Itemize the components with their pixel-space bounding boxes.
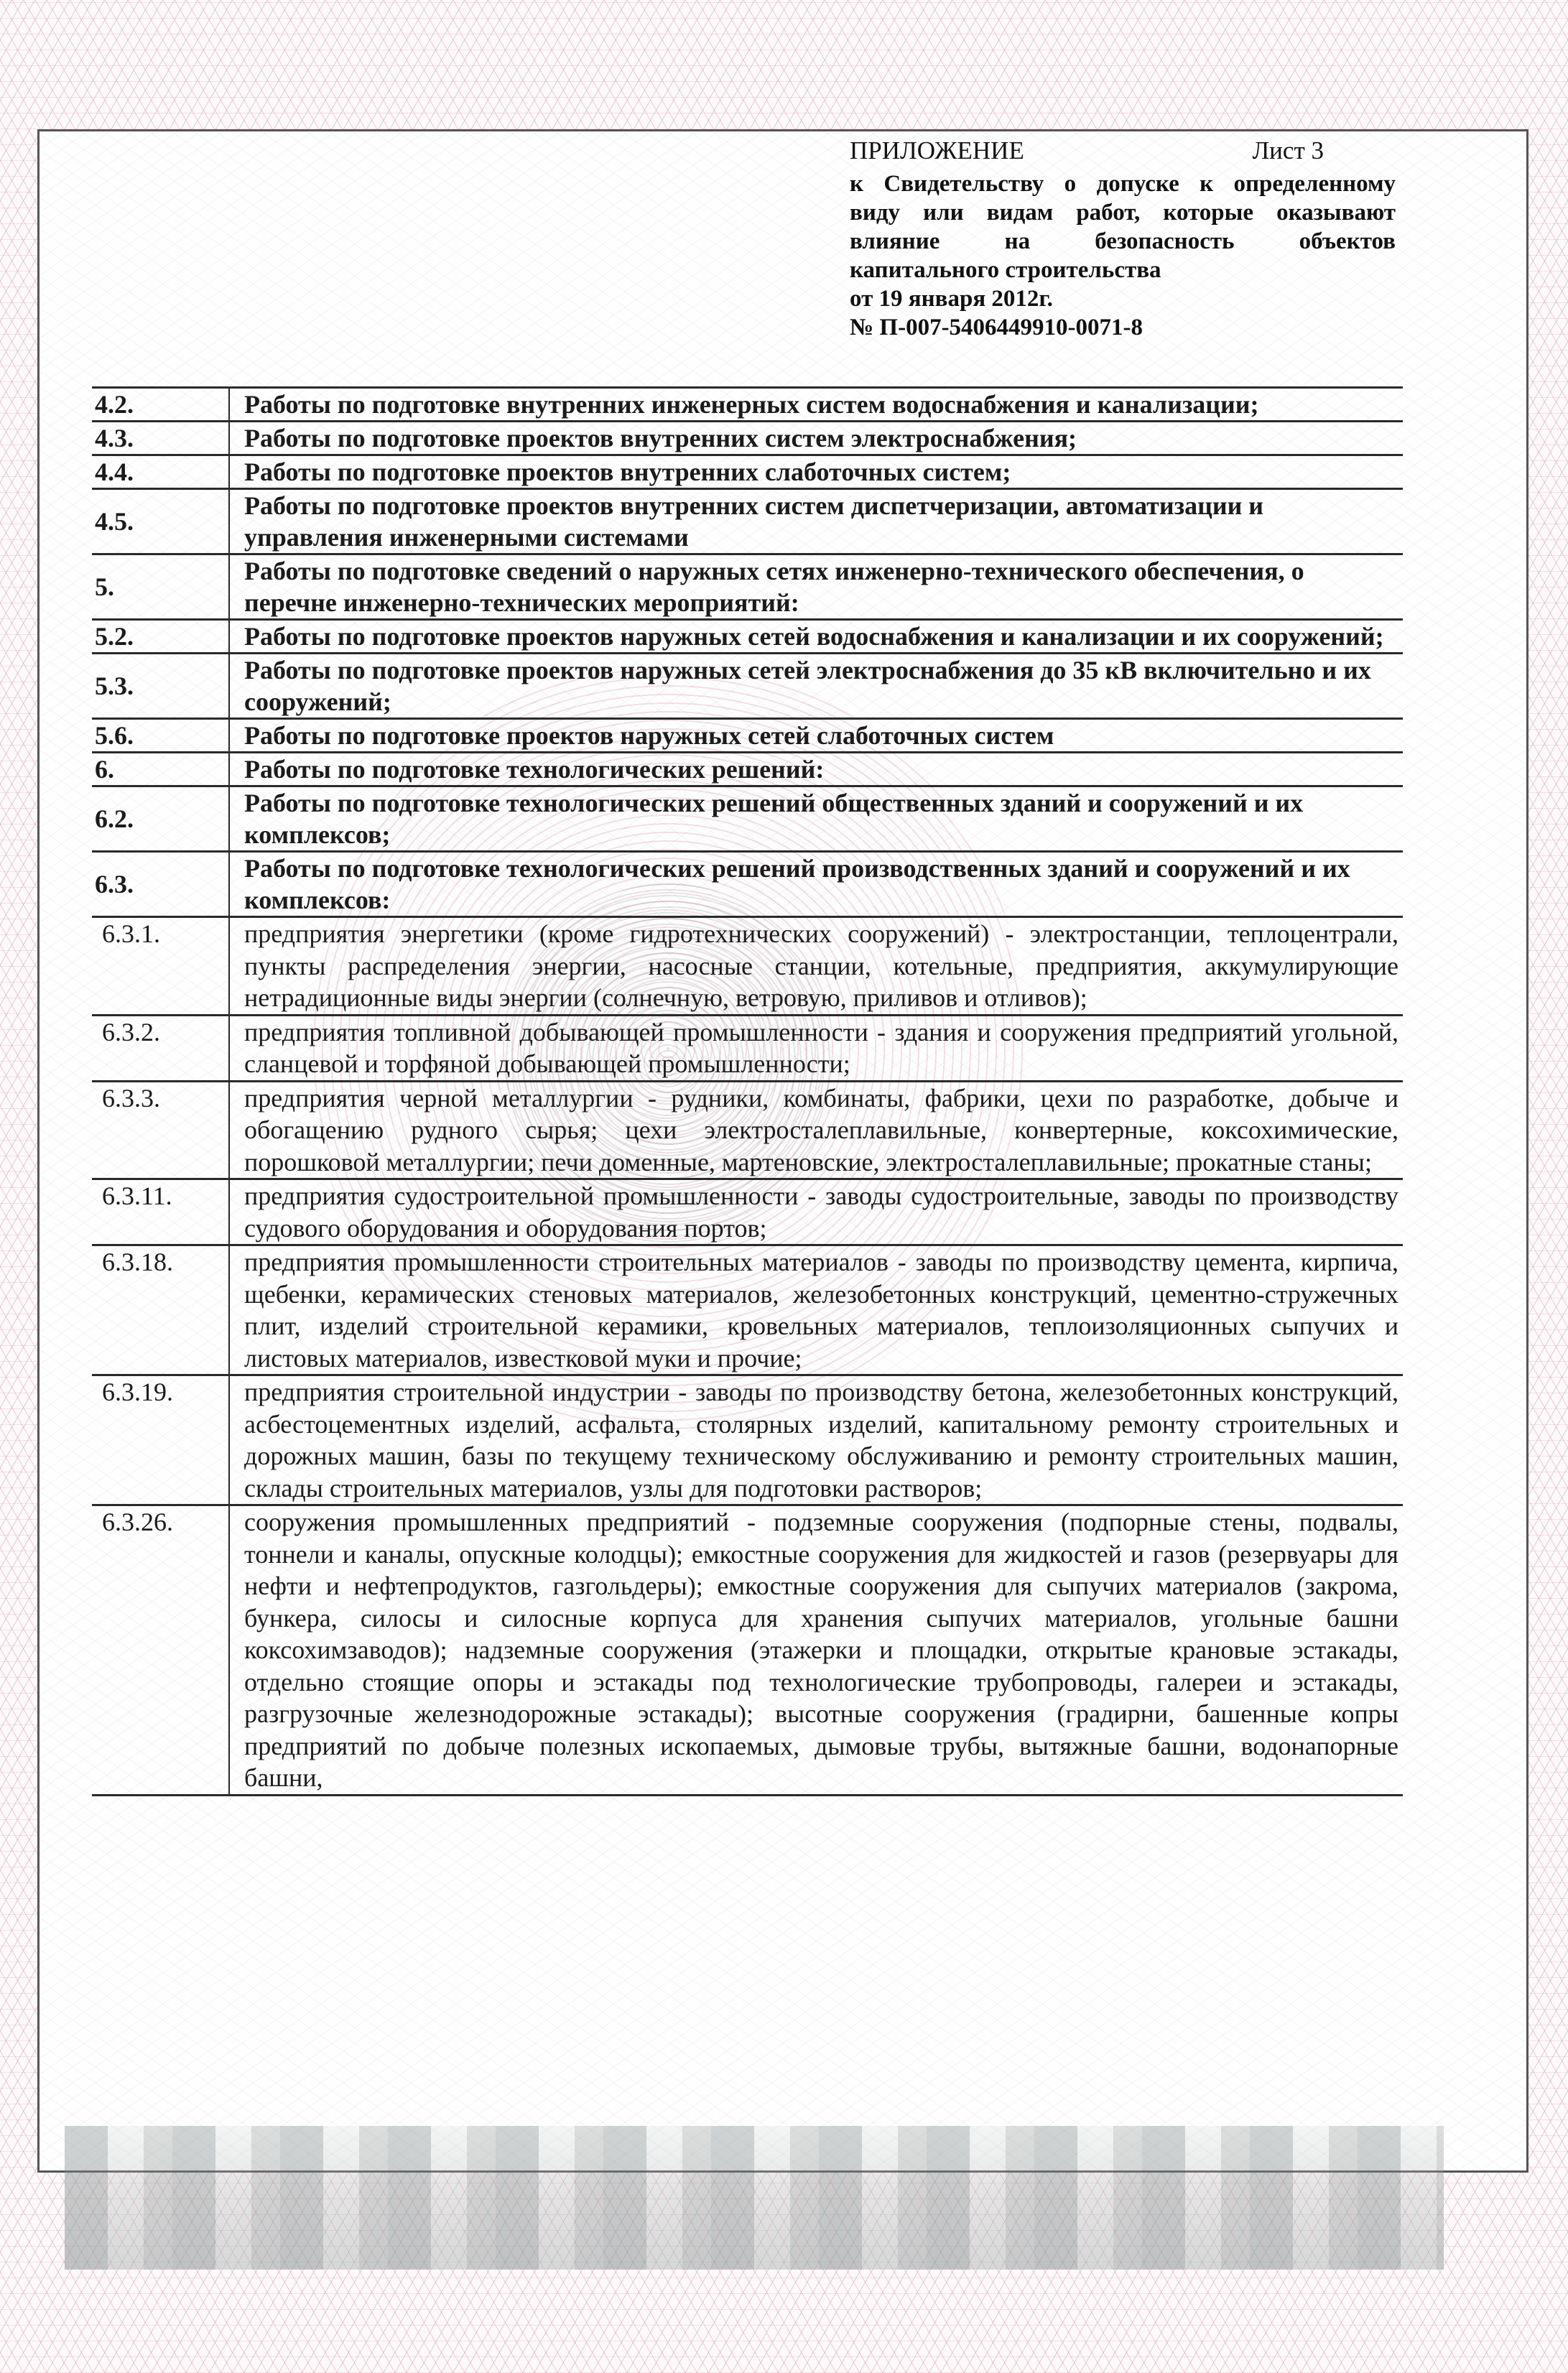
table-row: 6.2.Работы по подготовке технологических… bbox=[92, 786, 1403, 852]
header-subtitle-line-4: капитального строительства bbox=[850, 256, 1396, 284]
table-row: 5.6.Работы по подготовке проектов наружн… bbox=[92, 719, 1403, 753]
work-description: сооружения промышленных предприятий - по… bbox=[229, 1505, 1403, 1796]
table-row: 4.3.Работы по подготовке проектов внутре… bbox=[92, 422, 1403, 455]
work-description: Работы по подготовке проектов внутренних… bbox=[229, 422, 1403, 455]
table-row: 6.3.11.предприятия судостроительной пром… bbox=[92, 1179, 1403, 1245]
table-row: 6.Работы по подготовке технологических р… bbox=[92, 753, 1403, 786]
table-row: 5.Работы по подготовке сведений о наружн… bbox=[92, 554, 1403, 620]
work-description: Работы по подготовке технологических реш… bbox=[229, 852, 1403, 917]
work-description: Работы по подготовке проектов внутренних… bbox=[229, 489, 1403, 554]
work-code: 4.3. bbox=[92, 422, 229, 455]
works-table-body: 4.2.Работы по подготовке внутренних инже… bbox=[92, 388, 1403, 1796]
work-description: предприятия судостроительной промышленно… bbox=[229, 1179, 1403, 1245]
header-subtitle-line-2: виду или видам работ, которые оказывают bbox=[850, 198, 1396, 227]
table-row: 6.3.1.предприятия энергетики (кроме гидр… bbox=[92, 917, 1403, 1016]
work-description: Работы по подготовке проектов наружных с… bbox=[229, 620, 1403, 654]
work-code: 4.4. bbox=[92, 455, 229, 489]
table-row: 5.3.Работы по подготовке проектов наружн… bbox=[92, 654, 1403, 719]
work-code: 5.3. bbox=[92, 654, 229, 719]
work-code: 6.3. bbox=[92, 852, 229, 917]
header-title-row: ПРИЛОЖЕНИЕ Лист 3 bbox=[850, 136, 1396, 165]
work-code: 6.3.3. bbox=[92, 1081, 229, 1179]
work-code: 5.6. bbox=[92, 719, 229, 753]
header-subtitle-line-1: к Свидетельству о допуске к определенном… bbox=[850, 169, 1396, 198]
table-row: 4.5.Работы по подготовке проектов внутре… bbox=[92, 489, 1403, 554]
work-description: предприятия энергетики (кроме гидротехни… bbox=[229, 917, 1403, 1016]
works-table: 4.2.Работы по подготовке внутренних инже… bbox=[92, 386, 1403, 1796]
appendix-header: ПРИЛОЖЕНИЕ Лист 3 к Свидетельству о допу… bbox=[850, 136, 1396, 342]
work-description: Работы по подготовке проектов наружных с… bbox=[229, 654, 1403, 719]
table-row: 4.2.Работы по подготовке внутренних инже… bbox=[92, 388, 1403, 422]
work-description: предприятия топливной добывающей промышл… bbox=[229, 1015, 1403, 1081]
appendix-title: ПРИЛОЖЕНИЕ bbox=[850, 136, 1024, 165]
work-description: предприятия строительной индустрии - зав… bbox=[229, 1375, 1403, 1505]
work-description: предприятия промышленности строительных … bbox=[229, 1245, 1403, 1375]
certificate-number: № П-007-5406449910-0071-8 bbox=[850, 313, 1396, 342]
table-row: 6.3.Работы по подготовке технологических… bbox=[92, 852, 1403, 917]
work-code: 6.3.26. bbox=[92, 1505, 229, 1796]
work-code: 5.2. bbox=[92, 620, 229, 654]
work-code: 4.5. bbox=[92, 489, 229, 554]
work-code: 6.3.18. bbox=[92, 1245, 229, 1375]
work-code: 5. bbox=[92, 554, 229, 620]
work-description: Работы по подготовке проектов наружных с… bbox=[229, 719, 1403, 753]
work-code: 4.2. bbox=[92, 388, 229, 422]
work-code: 6.3.11. bbox=[92, 1179, 229, 1245]
header-subtitle-line-3: влияние на безопасность объектов bbox=[850, 227, 1396, 256]
certificate-date: от 19 января 2012г. bbox=[850, 284, 1396, 313]
sheet-number: Лист 3 bbox=[1252, 136, 1324, 165]
work-description: предприятия черной металлургии - рудники… bbox=[229, 1081, 1403, 1179]
work-code: 6.3.1. bbox=[92, 917, 229, 1016]
table-row: 6.3.19.предприятия строительной индустри… bbox=[92, 1375, 1403, 1505]
work-description: Работы по подготовке технологических реш… bbox=[229, 786, 1403, 852]
table-row: 6.3.2.предприятия топливной добывающей п… bbox=[92, 1015, 1403, 1081]
work-description: Работы по подготовке технологических реш… bbox=[229, 753, 1403, 786]
table-row: 6.3.26.сооружения промышленных предприят… bbox=[92, 1505, 1403, 1796]
work-code: 6.3.19. bbox=[92, 1375, 229, 1505]
work-code: 6.3.2. bbox=[92, 1015, 229, 1081]
work-description: Работы по подготовке проектов внутренних… bbox=[229, 455, 1403, 489]
table-row: 5.2.Работы по подготовке проектов наружн… bbox=[92, 620, 1403, 654]
table-row: 4.4.Работы по подготовке проектов внутре… bbox=[92, 455, 1403, 489]
work-code: 6.2. bbox=[92, 786, 229, 852]
table-row: 6.3.18.предприятия промышленности строит… bbox=[92, 1245, 1403, 1375]
work-description: Работы по подготовке внутренних инженерн… bbox=[229, 388, 1403, 422]
work-description: Работы по подготовке сведений о наружных… bbox=[229, 554, 1403, 620]
table-row: 6.3.3.предприятия черной металлургии - р… bbox=[92, 1081, 1403, 1179]
work-code: 6. bbox=[92, 753, 229, 786]
